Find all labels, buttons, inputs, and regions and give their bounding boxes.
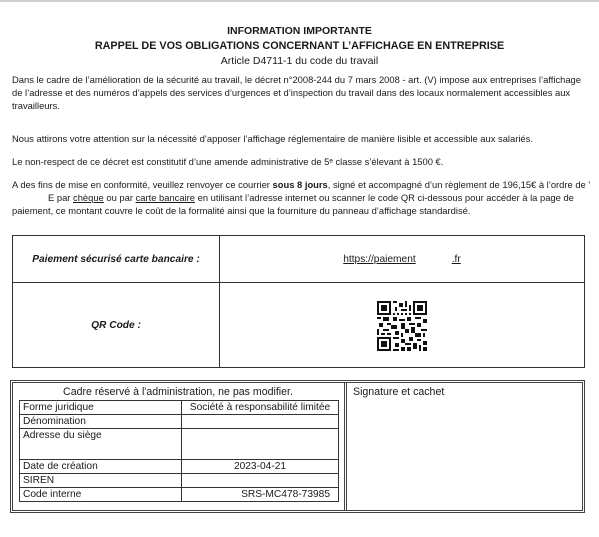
qr-code-icon[interactable] [377, 301, 427, 351]
table-row: Forme juridique Société à responsabilité… [20, 401, 339, 415]
admin-signature-divider [344, 383, 347, 510]
row-value-adresse [182, 429, 339, 460]
document-subtitle: RAPPEL DE VOS OBLIGATIONS CONCERNANT L’A… [0, 40, 599, 52]
payment-row-qr: QR Code : [13, 283, 584, 368]
p4-text-a: A des fins de mise en conformité, veuill… [12, 179, 273, 190]
administration-section: Cadre réservé à l'administration, ne pas… [15, 385, 341, 508]
table-row: Adresse du siège [20, 429, 339, 460]
card-payment-label: Paiement sécurisé carte bancaire : [13, 236, 219, 282]
row-label-date-creation: Date de création [20, 460, 182, 474]
payment-table: Paiement sécurisé carte bancaire : https… [12, 235, 585, 368]
paragraph-attention: Nous attirons votre attention sur la néc… [12, 132, 592, 145]
administration-table: Forme juridique Société à responsabilité… [19, 400, 339, 502]
payment-url-cell: https://paiement.fr [220, 236, 584, 282]
table-row: Dénomination [20, 415, 339, 429]
p4-text-b: , signé et accompagné d’un règlement de … [328, 179, 590, 190]
row-value-siren [182, 474, 339, 488]
deadline-text: sous 8 jours [273, 179, 328, 190]
row-value-forme-juridique: Société à responsabilité limitée [182, 401, 339, 415]
payment-url-suffix: .fr [452, 254, 461, 265]
administration-title: Cadre réservé à l'administration, ne pas… [15, 385, 341, 399]
payment-url-prefix: https://paiement [343, 254, 416, 265]
row-value-code-interne: SRS-MC478-73985 [182, 488, 339, 502]
paragraph-payment-instructions: A des fins de mise en conformité, veuill… [12, 178, 592, 217]
row-label-siren: SIREN [20, 474, 182, 488]
row-label-code-interne: Code interne [20, 488, 182, 502]
table-row: Date de création 2023-04-21 [20, 460, 339, 474]
paragraph-penalty: Le non-respect de ce décret est constitu… [12, 155, 592, 168]
table-row: Code interne SRS-MC478-73985 [20, 488, 339, 502]
p4-text-c: E par [48, 192, 73, 203]
paragraph-decree: Dans le cadre de l’amélioration de la sé… [12, 73, 592, 112]
article-reference: Article D4711-1 du code du travail [0, 55, 599, 67]
row-value-date-creation: 2023-04-21 [182, 460, 339, 474]
administration-box: Cadre réservé à l'administration, ne pas… [10, 380, 585, 513]
payment-url-link[interactable]: https://paiement.fr [343, 254, 461, 265]
carte-bancaire-text: carte bancaire [136, 192, 195, 203]
signature-label: Signature et cachet [353, 386, 444, 398]
p4-text-d: ou par [104, 192, 136, 203]
cheque-text: chèque [73, 192, 104, 203]
page-top-edge [0, 0, 599, 2]
document-title: INFORMATION IMPORTANTE [0, 25, 599, 37]
payment-row-card: Paiement sécurisé carte bancaire : https… [13, 236, 584, 283]
row-label-forme-juridique: Forme juridique [20, 401, 182, 415]
qr-code-cell [220, 283, 584, 368]
row-value-denomination [182, 415, 339, 429]
table-row: SIREN [20, 474, 339, 488]
qr-code-label: QR Code : [13, 283, 219, 368]
row-label-adresse: Adresse du siège [20, 429, 182, 460]
row-label-denomination: Dénomination [20, 415, 182, 429]
